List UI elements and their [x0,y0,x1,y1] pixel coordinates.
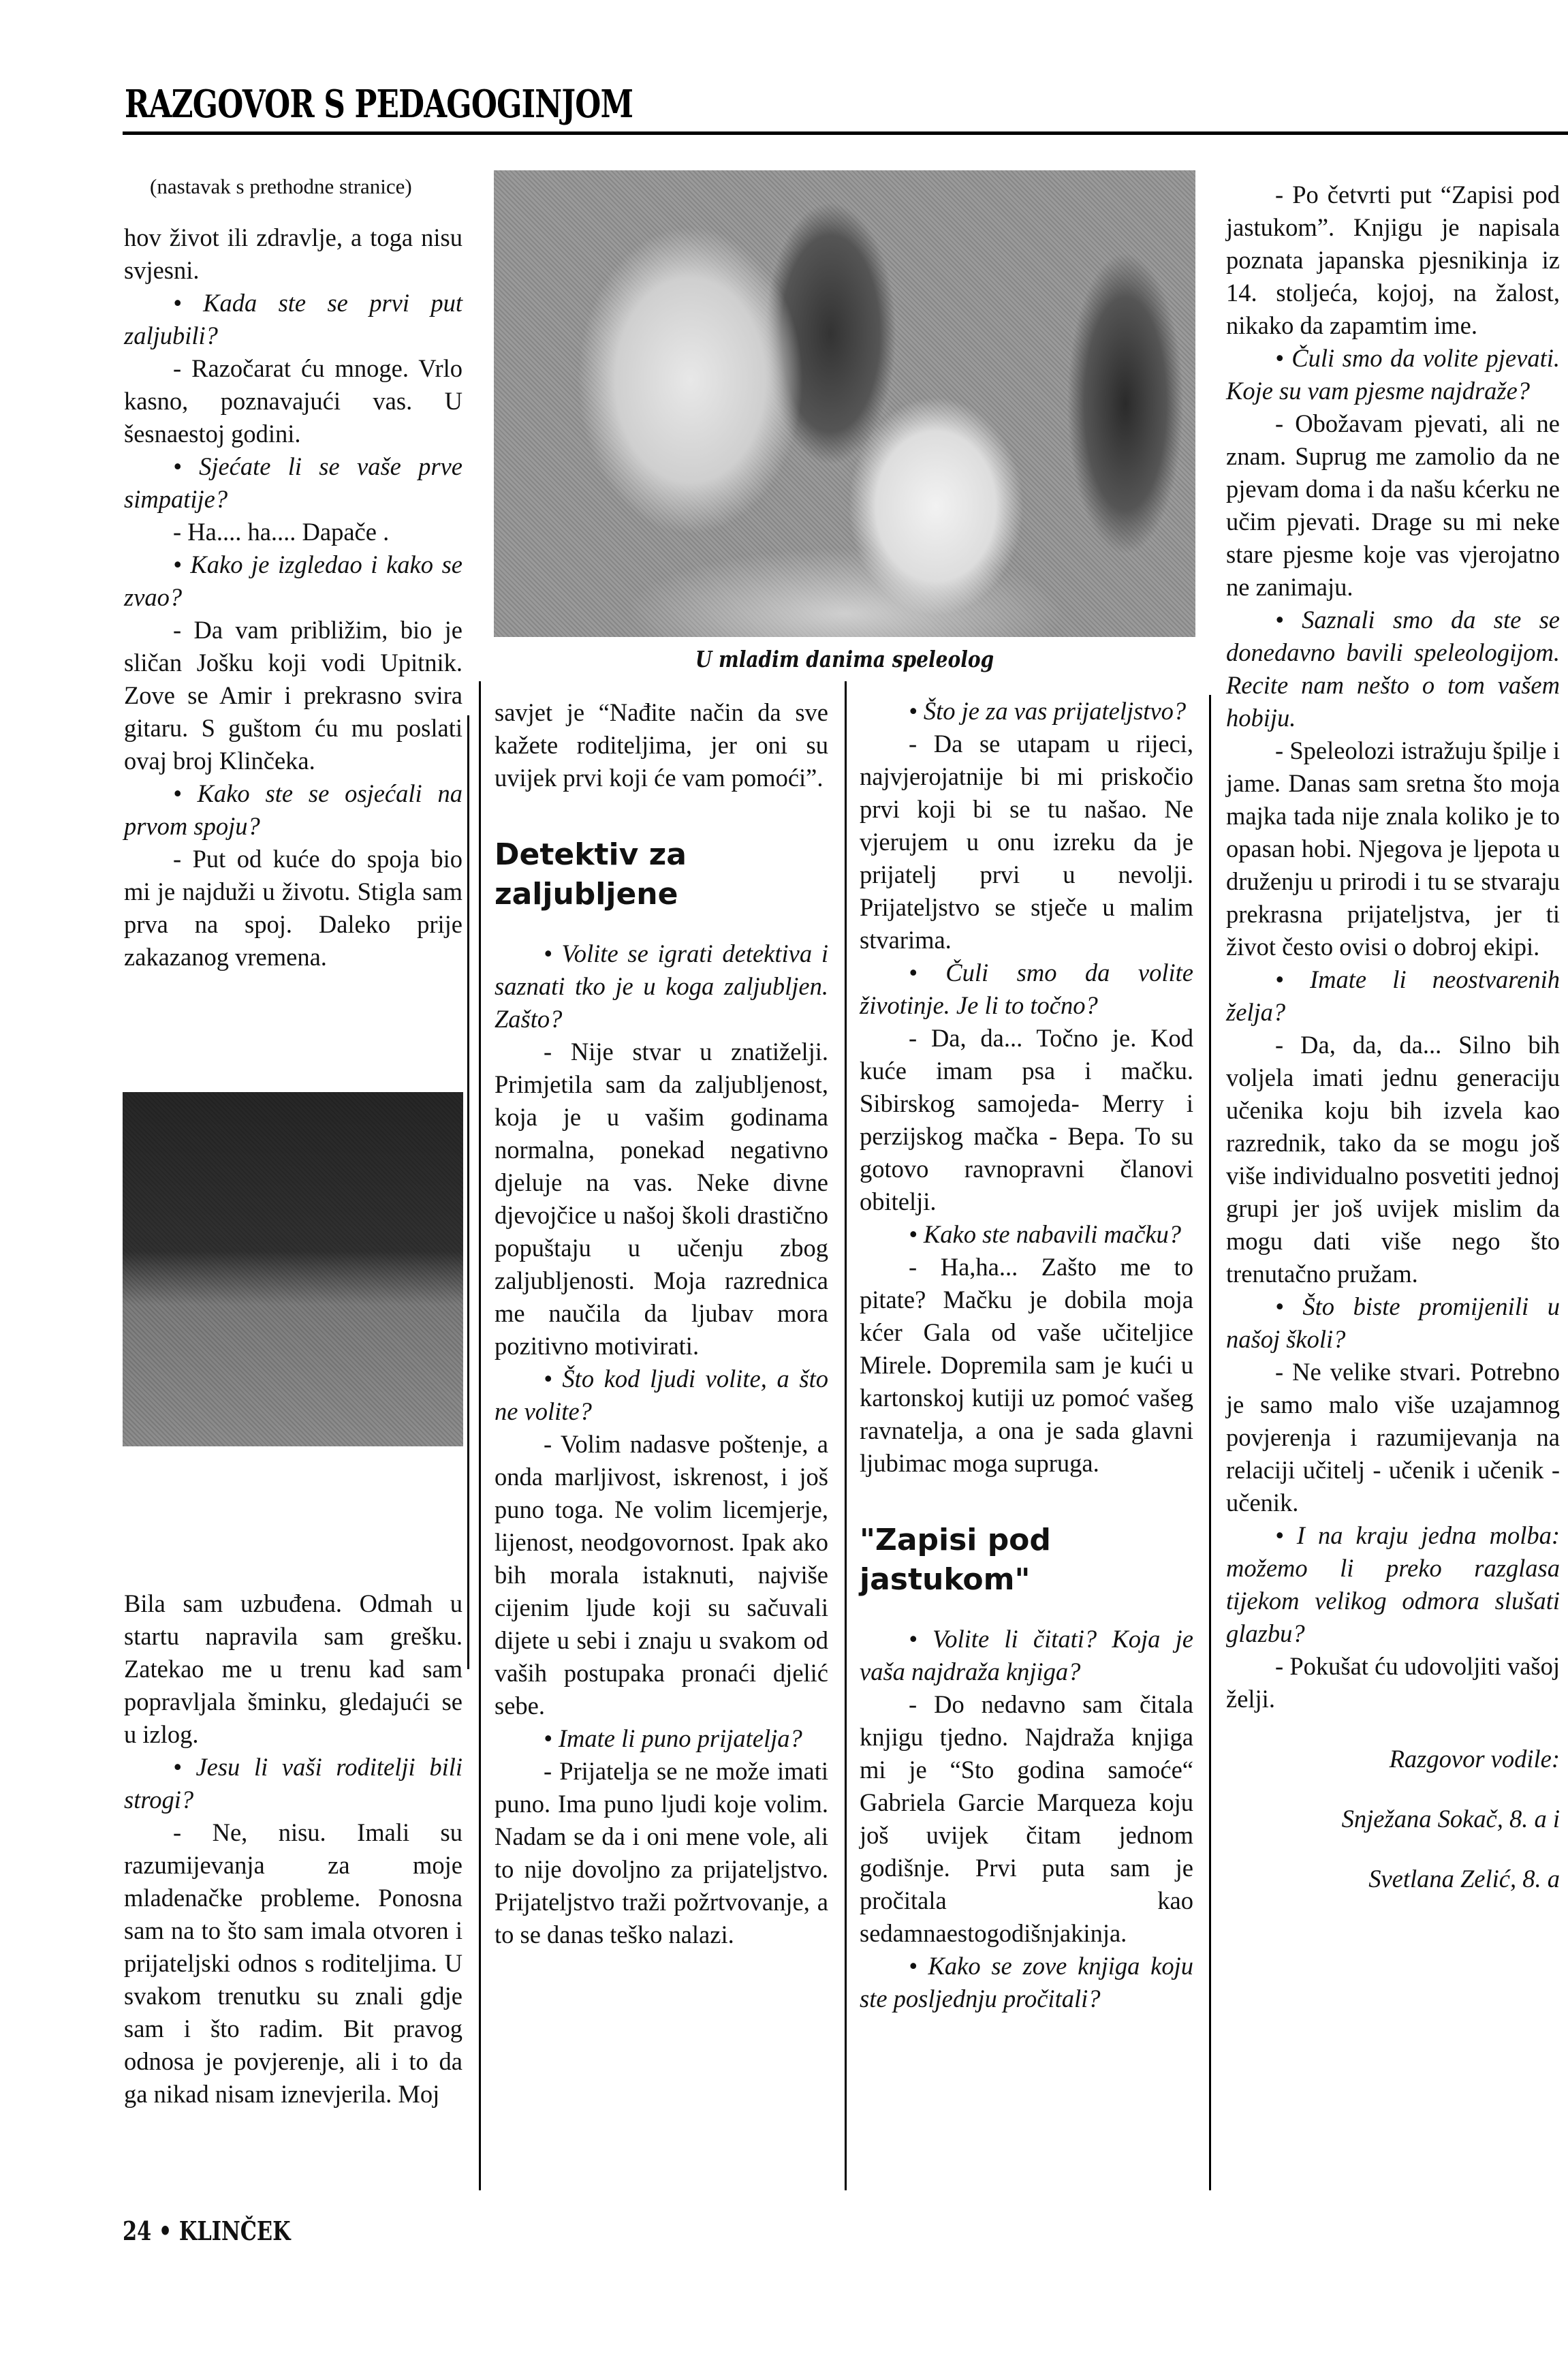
interview-question: • Volite li čitati? Koja je vaša najdraž… [860,1623,1193,1688]
interview-answer: Bila sam uzbuđena. Odmah u startu naprav… [124,1587,462,1751]
page-number: 24 [123,2216,151,2246]
interview-answer: - Pokušat ću udovoljiti vašoj želji. [1226,1650,1560,1715]
interview-answer: - Obožavam pjevati, ali ne znam. Suprug … [1226,407,1560,604]
interview-question: • Kako se zove knjiga koju ste posljednj… [860,1950,1193,2015]
author-signature: Razgovor vodile: [1226,1743,1560,1775]
interview-question: • Imate li neostvarenih želja? [1226,963,1560,1029]
interview-question: • Sjećate li se vaše prve simpatije? [124,450,462,516]
magazine-name: KLINČEK [179,2216,291,2246]
interview-question: • Kada ste se prvi put zaljubili? [124,287,462,352]
interview-answer: - Razočarat ću mnoge. Vrlo kasno, poznav… [124,352,462,450]
interview-answer: - Da vam približim, bio je sličan Jošku … [124,614,462,777]
interview-question: • Jesu li vaši roditelji bili strogi? [124,1751,462,1816]
interview-answer: - Da, da, da... Silno bih voljela imati … [1226,1029,1560,1290]
interview-question: • Što kod ljudi volite, a što ne volite? [495,1363,828,1428]
interview-answer: - Nije stvar u znatiželji. Primjetila sa… [495,1036,828,1363]
article-column-2: savjet je “Nađite način da sve kažete ro… [495,696,828,1951]
interview-question: • Kako ste se osjećali na prvom spoju? [124,777,462,843]
interview-question: • Kako ste nabavili mačku? [860,1218,1193,1251]
page-footer: 24 • KLINČEK [123,2216,291,2246]
article-column-1: hov život ili zdravlje, a toga nisu svje… [124,221,462,974]
interview-question: • Čuli smo da volite pjevati. Koje su va… [1226,342,1560,407]
interview-answer: - Put od kuće do spoja bio mi je najduži… [124,843,462,974]
section-title: RAZGOVOR S PEDAGOGINJOM [125,82,633,127]
interview-answer: - Volim nadasve poštenje, a onda marljiv… [495,1428,828,1722]
interview-answer: - Ne velike stvari. Potrebno je samo mal… [1226,1356,1560,1519]
footer-separator: • [159,2216,172,2246]
column-rule [467,715,469,1669]
article-column-3: • Što je za vas prijateljstvo?- Da se ut… [860,695,1193,2015]
cave-interior-photo [123,1092,463,1446]
interview-question: • Čuli smo da volite životinje. Je li to… [860,957,1193,1022]
cave-explorer-photo [494,170,1195,637]
interview-question: • Imate li puno prijatelja? [495,1722,828,1755]
interview-answer: - Do nedavno sam čitala knjigu tjedno. N… [860,1688,1193,1950]
interview-answer: - Prijatelja se ne može imati puno. Ima … [495,1755,828,1951]
interview-question: • Što je za vas prijateljstvo? [860,695,1193,728]
interview-answer: - Ne, nisu. Imali su razumijevanja za mo… [124,1816,462,2111]
article-column-4: - Po četvrti put “Zapisi pod jastukom”. … [1226,178,1560,1895]
author-signature: Snježana Sokač, 8. a i [1226,1803,1560,1835]
interview-question: • Što biste promijenili u našoj školi? [1226,1290,1560,1356]
column-rule [845,681,847,2190]
interview-question: • Kako je izgledao i kako se zvao? [124,548,462,614]
interview-question: • Volite se igrati detektiva i saznati t… [495,937,828,1036]
section-subheading: "Zapisi pod jastukom" [860,1521,1193,1600]
author-signature: Svetlana Zelić, 8. a [1226,1863,1560,1895]
interview-answer: - Ha.... ha.... Dapače . [124,516,462,548]
interview-answer: - Da se utapam u rijeci, najvjerojatnije… [860,728,1193,957]
interview-question: • I na kraju jedna molba: možemo li prek… [1226,1519,1560,1650]
interview-answer: - Da, da... Točno je. Kod kuće imam psa … [860,1022,1193,1218]
interview-answer: - Speleolozi istražuju špilje i jame. Da… [1226,734,1560,963]
column-rule [1209,695,1211,2190]
photo-caption: U mladim danima speleolog [546,646,1143,672]
section-subheading: Detektiv za zaljubljene [495,835,828,914]
column-rule [479,681,481,2190]
interview-answer: savjet je “Nađite način da sve kažete ro… [495,696,828,794]
interview-question: • Saznali smo da ste se donedavno bavili… [1226,604,1560,734]
interview-answer: - Ha,ha... Zašto me to pitate? Mačku je … [860,1251,1193,1480]
continued-note: (nastavak s prethodne stranice) [150,174,412,199]
article-column-1-lower: Bila sam uzbuđena. Odmah u startu naprav… [124,1587,462,2111]
interview-answer: - Po četvrti put “Zapisi pod jastukom”. … [1226,178,1560,342]
header-rule [123,131,1568,135]
interview-answer: hov život ili zdravlje, a toga nisu svje… [124,221,462,287]
